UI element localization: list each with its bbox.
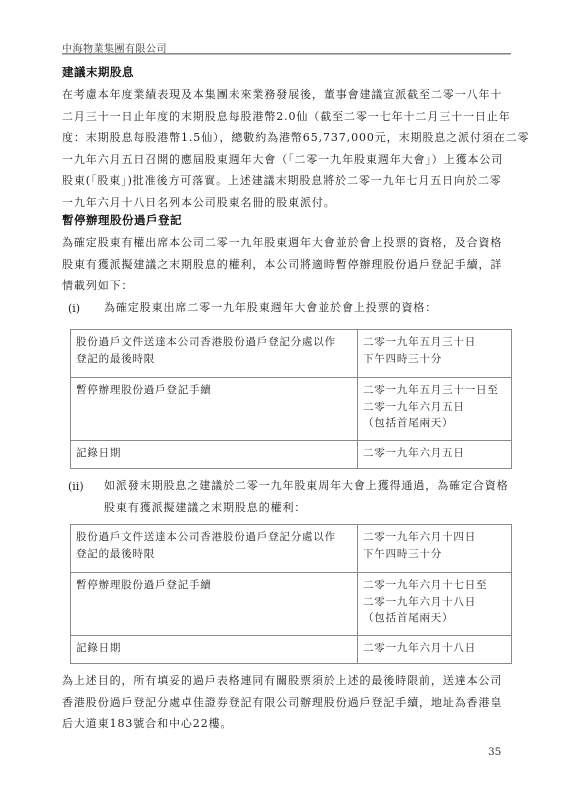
- item-text-i: 為確定股東出席二零一九年股東週年大會並於會上投票的資格：: [104, 297, 514, 319]
- cell-line: 二零一九年五月三十一日至: [363, 382, 506, 399]
- schedule-table-ii: 股份過戶文件送達本公司香港股份過戶登記分處以作 登記的最後時限 二零一九年六月十…: [70, 524, 512, 664]
- table-row: 暫停辦理股份過戶登記手續 二零一九年五月三十一日至 二零一九年六月五日 （包括首…: [71, 378, 512, 441]
- paragraph-register-closure: 為確定股東有權出席本公司二零一九年股東週年大會並於會上投票的資格，及合資格 股東…: [62, 232, 512, 297]
- paragraph-final-dividend: 在考慮本年度業績表現及本集團未來業務發展後，董事會建議宣派截至二零一八年十 二月…: [62, 84, 512, 213]
- table-cell-label: 記錄日期: [71, 441, 358, 469]
- header-rule: [62, 53, 511, 55]
- cell-line: 股份過戶文件送達本公司香港股份過戶登記分處以作: [76, 529, 352, 546]
- table-cell-value: 二零一九年五月三十日 下午四時三十分: [358, 330, 512, 378]
- cell-line: 二零一九年五月三十日: [363, 334, 506, 351]
- cell-line: 二零一九年六月十四日: [363, 529, 506, 546]
- cell-line: （包括首尾兩天）: [363, 415, 506, 432]
- cell-line: 暫停辦理股份過戶登記手續: [76, 577, 352, 594]
- table-cell-value: 二零一九年六月十七日至 二零一九年六月十八日 （包括首尾兩天）: [358, 573, 512, 636]
- paragraph-line: 為確定股東有權出席本公司二零一九年股東週年大會並於會上投票的資格，及合資格: [62, 232, 512, 254]
- cell-line: 記錄日期: [76, 640, 352, 657]
- paragraph-closing: 為上述目的，所有填妥的過戶表格連同有關股票須於上述的最後時限前，送達本公司 香港…: [62, 670, 512, 735]
- item-line: 如派發末期股息之建議於二零一九年股東周年大會上獲得通過，為確定合資格: [104, 475, 514, 497]
- cell-line: 下午四時三十分: [363, 546, 506, 563]
- item-number-ii: (ii): [68, 480, 84, 493]
- table-row: 記錄日期 二零一九年六月五日: [71, 441, 512, 469]
- table-cell-label: 暫停辦理股份過戶登記手續: [71, 573, 358, 636]
- table-cell-label: 股份過戶文件送達本公司香港股份過戶登記分處以作 登記的最後時限: [71, 525, 358, 573]
- cell-line: 記錄日期: [76, 445, 352, 462]
- paragraph-line: 為上述目的，所有填妥的過戶表格連同有關股票須於上述的最後時限前，送達本公司: [62, 670, 512, 692]
- table-cell-value: 二零一九年六月十八日: [358, 636, 512, 664]
- table-cell-label: 股份過戶文件送達本公司香港股份過戶登記分處以作 登記的最後時限: [71, 330, 358, 378]
- table-row: 股份過戶文件送達本公司香港股份過戶登記分處以作 登記的最後時限 二零一九年五月三…: [71, 330, 512, 378]
- cell-line: 登記的最後時限: [76, 546, 352, 563]
- table-cell-label: 暫停辦理股份過戶登記手續: [71, 378, 358, 441]
- paragraph-line: 一九年六月十八日名列本公司股東名冊的股東派付。: [62, 192, 512, 214]
- paragraph-line: 香港股份過戶登記分處卓佳證券登記有限公司辦理股份過戶登記手續，地址為香港皇: [62, 692, 512, 714]
- item-line: 為確定股東出席二零一九年股東週年大會並於會上投票的資格：: [104, 297, 514, 319]
- table-cell-value: 二零一九年六月十四日 下午四時三十分: [358, 525, 512, 573]
- paragraph-line: 情載列如下：: [62, 275, 512, 297]
- cell-line: 暫停辦理股份過戶登記手續: [76, 382, 352, 399]
- paragraph-line: 在考慮本年度業績表現及本集團未來業務發展後，董事會建議宣派截至二零一八年十: [62, 84, 512, 106]
- item-line: 股東有獲派擬建議之末期股息的權利：: [104, 497, 514, 519]
- schedule-table-i: 股份過戶文件送達本公司香港股份過戶登記分處以作 登記的最後時限 二零一九年五月三…: [70, 329, 512, 469]
- table-row: 股份過戶文件送達本公司香港股份過戶登記分處以作 登記的最後時限 二零一九年六月十…: [71, 525, 512, 573]
- table-cell-value: 二零一九年六月五日: [358, 441, 512, 469]
- table-row: 記錄日期 二零一九年六月十八日: [71, 636, 512, 664]
- page-number: 35: [488, 746, 501, 758]
- paragraph-line: 股東有獲派擬建議之末期股息的權利，本公司將適時暫停辦理股份過戶登記手續，詳: [62, 254, 512, 276]
- paragraph-line: 二月三十一日止年度的末期股息每股港幣2.0仙（截至二零一七年十二月三十一日止年: [62, 106, 512, 128]
- paragraph-line: 股東(「股東」)批准後方可落實。上述建議末期股息將於二零一九年七月五日向於二零: [62, 170, 512, 192]
- cell-line: 股份過戶文件送達本公司香港股份過戶登記分處以作: [76, 334, 352, 351]
- cell-line: 登記的最後時限: [76, 351, 352, 368]
- cell-line: （包括首尾兩天）: [363, 610, 506, 627]
- cell-line: 二零一九年六月十八日: [363, 594, 506, 611]
- paragraph-line: 度：末期股息每股港幣1.5仙），總數約為港幣65,737,000元，末期股息之派…: [62, 127, 512, 149]
- table-cell-value: 二零一九年五月三十一日至 二零一九年六月五日 （包括首尾兩天）: [358, 378, 512, 441]
- item-number-i: (i): [68, 302, 80, 315]
- cell-line: 二零一九年六月十七日至: [363, 577, 506, 594]
- cell-line: 二零一九年六月十八日: [363, 640, 506, 657]
- cell-line: 二零一九年六月五日: [363, 445, 506, 462]
- table-row: 暫停辦理股份過戶登記手續 二零一九年六月十七日至 二零一九年六月十八日 （包括首…: [71, 573, 512, 636]
- paragraph-line: 一九年六月五日召開的應屆股東週年大會（「二零一九年股東週年大會」）上獲本公司: [62, 149, 512, 171]
- table-cell-label: 記錄日期: [71, 636, 358, 664]
- cell-line: 二零一九年六月五日: [363, 399, 506, 416]
- section-title-final-dividend: 建議末期股息: [62, 64, 134, 80]
- cell-line: 下午四時三十分: [363, 351, 506, 368]
- paragraph-line: 后大道東183號合和中心22樓。: [62, 713, 512, 735]
- section-title-register-closure: 暫停辦理股份過戶登記: [62, 212, 182, 228]
- item-text-ii: 如派發末期股息之建議於二零一九年股東周年大會上獲得通過，為確定合資格 股東有獲派…: [104, 475, 514, 518]
